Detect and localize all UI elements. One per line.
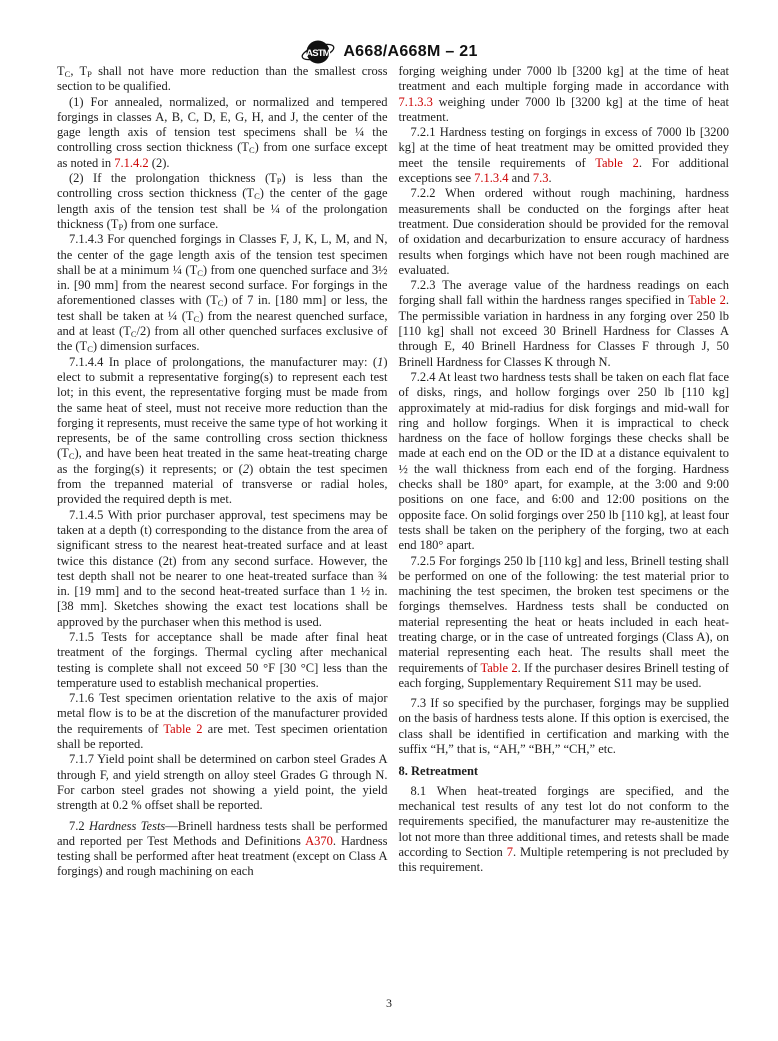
para-7.3: 7.3 If so specified by the purchaser, fo… <box>399 696 730 757</box>
right-column: forging weighing under 7000 lb [3200 kg]… <box>399 64 730 880</box>
para-7.2-cont: forging weighing under 7000 lb [3200 kg]… <box>399 64 730 125</box>
para-7.2.4: 7.2.4 At least two hardness tests shall … <box>399 370 730 554</box>
page-number: 3 <box>386 996 392 1010</box>
document-body: TC, TP shall not have more reduction tha… <box>57 64 729 880</box>
left-column: TC, TP shall not have more reduction tha… <box>57 64 388 880</box>
document-page: ASTM A668/A668M – 21 TC, TP shall not ha… <box>0 0 778 1041</box>
ref-link[interactable]: 7 <box>507 845 513 859</box>
para-7.1.4.4: 7.1.4.4 In place of prolongations, the m… <box>57 355 388 508</box>
ref-link[interactable]: A370 <box>305 834 333 848</box>
para-7.1.5: 7.1.5 Tests for acceptance shall be made… <box>57 630 388 691</box>
ref-link[interactable]: 7.3 <box>533 171 549 185</box>
ref-link[interactable]: Table 2 <box>688 293 726 307</box>
page-footer: 3 <box>0 996 778 1011</box>
para-7.1.6: 7.1.6 Test specimen orientation relative… <box>57 691 388 752</box>
para-7.2.3: 7.2.3 The average value of the hardness … <box>399 278 730 370</box>
ref-link[interactable]: 7.1.3.4 <box>474 171 508 185</box>
ref-link[interactable]: 7.1.3.3 <box>399 95 433 109</box>
heading-8: 8. Retreatment <box>399 764 730 779</box>
ref-link[interactable]: Table 2 <box>595 156 639 170</box>
svg-text:ASTM: ASTM <box>306 48 331 59</box>
ref-link[interactable]: 7.1.4.2 <box>114 156 148 170</box>
ref-link[interactable]: Table 2 <box>480 661 517 675</box>
para-7.2: 7.2 Hardness Tests—Brinell hardness test… <box>57 819 388 880</box>
para-7.1.4.2-cont: TC, TP shall not have more reduction tha… <box>57 64 388 95</box>
para-7.1.4.2-2: (2) If the prolongation thickness (TP) i… <box>57 171 388 232</box>
para-7.2.5: 7.2.5 For forgings 250 lb [110 kg] and l… <box>399 554 730 692</box>
para-8.1: 8.1 When heat-treated forgings are speci… <box>399 784 730 876</box>
para-7.2.1: 7.2.1 Hardness testing on forgings in ex… <box>399 125 730 186</box>
para-7.1.4.5: 7.1.4.5 With prior purchaser approval, t… <box>57 508 388 630</box>
para-7.1.4.3: 7.1.4.3 For quenched forgings in Classes… <box>57 232 388 354</box>
para-7.2.2: 7.2.2 When ordered without rough machini… <box>399 186 730 278</box>
document-title: A668/A668M – 21 <box>343 43 477 61</box>
para-7.1.4.2-1: (1) For annealed, normalized, or normali… <box>57 95 388 171</box>
ref-link[interactable]: Table 2 <box>163 722 202 736</box>
para-7.1.7: 7.1.7 Yield point shall be determined on… <box>57 752 388 813</box>
